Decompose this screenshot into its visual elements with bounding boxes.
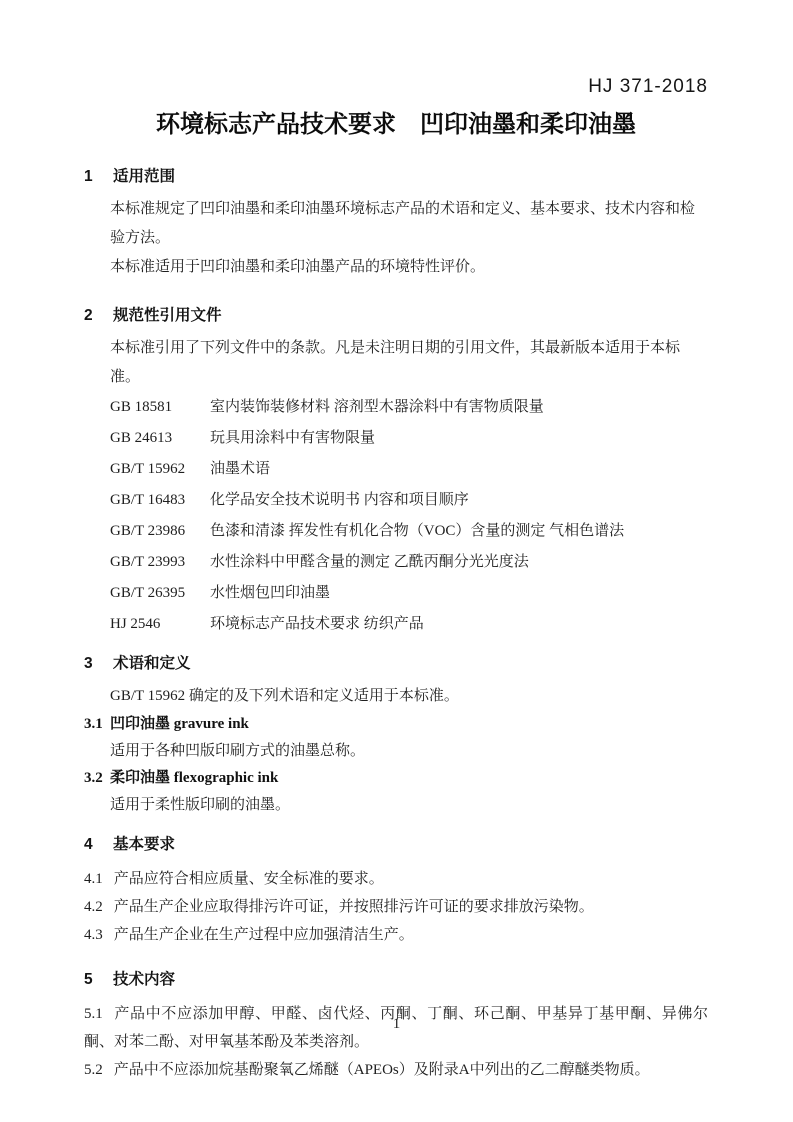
reference-code: GB 18581 bbox=[110, 392, 210, 423]
term-number: 3.1 bbox=[84, 711, 110, 738]
reference-code: GB/T 23986 bbox=[110, 516, 210, 547]
clause-text: 产品中不应添加烷基酚聚氧乙烯醚（APEOs）及附录A中列出的乙二醇醚类物质。 bbox=[114, 1062, 650, 1078]
reference-title: 玩具用涂料中有害物限量 bbox=[210, 423, 708, 454]
section-3-number: 3 bbox=[84, 653, 113, 674]
document-page: HJ 371-2018 环境标志产品技术要求 凹印油墨和柔印油墨 1 适用范围 … bbox=[0, 0, 793, 1122]
reference-title: 水性烟包凹印油墨 bbox=[210, 578, 708, 609]
section-2-heading: 2 规范性引用文件 bbox=[84, 305, 708, 326]
reference-row: GB/T 16483 化学品安全技术说明书 内容和项目顺序 bbox=[84, 485, 708, 516]
reference-row: GB 18581 室内装饰装修材料 溶剂型木器涂料中有害物质限量 bbox=[84, 392, 708, 423]
section-1-number: 1 bbox=[84, 166, 113, 187]
section-5-title: 技术内容 bbox=[113, 969, 175, 990]
reference-row: GB/T 23986 色漆和清漆 挥发性有机化合物（VOC）含量的测定 气相色谱… bbox=[84, 516, 708, 547]
clause: 4.3产品生产企业在生产过程中应加强清洁生产。 bbox=[84, 921, 708, 949]
reference-title: 水性涂料中甲醛含量的测定 乙酰丙酮分光光度法 bbox=[210, 547, 708, 578]
section-2-title: 规范性引用文件 bbox=[113, 305, 222, 326]
reference-title: 色漆和清漆 挥发性有机化合物（VOC）含量的测定 气相色谱法 bbox=[210, 516, 708, 547]
term-entry: 3.1 凹印油墨 gravure ink bbox=[84, 711, 708, 738]
clause-number: 4.2 bbox=[84, 899, 103, 915]
clause: 4.2产品生产企业应取得排污许可证，并按照排污许可证的要求排放污染物。 bbox=[84, 893, 708, 921]
reference-code: GB/T 16483 bbox=[110, 485, 210, 516]
reference-row: GB/T 26395 水性烟包凹印油墨 bbox=[84, 578, 708, 609]
reference-code: GB/T 23993 bbox=[110, 547, 210, 578]
clause-text: 产品生产企业在生产过程中应加强清洁生产。 bbox=[114, 927, 414, 943]
clause-number: 4.3 bbox=[84, 927, 103, 943]
reference-row: HJ 2546 环境标志产品技术要求 纺织产品 bbox=[84, 609, 708, 640]
term-definition: 适用于各种凹版印刷方式的油墨总称。 bbox=[84, 738, 708, 765]
clause-number: 5.2 bbox=[84, 1062, 103, 1078]
reference-code: HJ 2546 bbox=[110, 609, 210, 640]
term-entry: 3.2 柔印油墨 flexographic ink bbox=[84, 765, 708, 792]
section-4-heading: 4 基本要求 bbox=[84, 834, 708, 855]
section-1-heading: 1 适用范围 bbox=[84, 166, 708, 187]
clause-number: 4.1 bbox=[84, 871, 103, 887]
section-2-intro: 本标准引用了下列文件中的条款。凡是未注明日期的引用文件，其最新版本适用于本标准。 bbox=[84, 334, 708, 392]
section-1-title: 适用范围 bbox=[113, 166, 175, 187]
standard-code: HJ 371-2018 bbox=[84, 76, 708, 98]
clause-text: 产品应符合相应质量、安全标准的要求。 bbox=[114, 871, 384, 887]
clause: 4.1产品应符合相应质量、安全标准的要求。 bbox=[84, 865, 708, 893]
reference-title: 油墨术语 bbox=[210, 454, 708, 485]
reference-title: 室内装饰装修材料 溶剂型木器涂料中有害物质限量 bbox=[210, 392, 708, 423]
section-1-paragraph: 本标准适用于凹印油墨和柔印油墨产品的环境特性评价。 bbox=[84, 253, 708, 282]
section-5-number: 5 bbox=[84, 969, 113, 990]
clause: 5.2产品中不应添加烷基酚聚氧乙烯醚（APEOs）及附录A中列出的乙二醇醚类物质… bbox=[84, 1056, 708, 1084]
section-5-heading: 5 技术内容 bbox=[84, 969, 708, 990]
section-3-intro: GB/T 15962 确定的及下列术语和定义适用于本标准。 bbox=[84, 682, 708, 711]
section-4-number: 4 bbox=[84, 834, 113, 855]
section-3-title: 术语和定义 bbox=[113, 653, 191, 674]
reference-title: 化学品安全技术说明书 内容和项目顺序 bbox=[210, 485, 708, 516]
reference-code: GB/T 15962 bbox=[110, 454, 210, 485]
reference-code: GB/T 26395 bbox=[110, 578, 210, 609]
reference-code: GB 24613 bbox=[110, 423, 210, 454]
reference-row: GB/T 23993 水性涂料中甲醛含量的测定 乙酰丙酮分光光度法 bbox=[84, 547, 708, 578]
section-3-heading: 3 术语和定义 bbox=[84, 653, 708, 674]
reference-title: 环境标志产品技术要求 纺织产品 bbox=[210, 609, 708, 640]
document-title: 环境标志产品技术要求 凹印油墨和柔印油墨 bbox=[84, 110, 708, 140]
term-number: 3.2 bbox=[84, 765, 110, 792]
term-name: 柔印油墨 flexographic ink bbox=[110, 765, 278, 792]
clause-text: 产品生产企业应取得排污许可证，并按照排污许可证的要求排放污染物。 bbox=[114, 899, 594, 915]
section-4-title: 基本要求 bbox=[113, 834, 175, 855]
term-name: 凹印油墨 gravure ink bbox=[110, 711, 249, 738]
section-2-number: 2 bbox=[84, 305, 113, 326]
reference-row: GB/T 15962 油墨术语 bbox=[84, 454, 708, 485]
reference-row: GB 24613 玩具用涂料中有害物限量 bbox=[84, 423, 708, 454]
term-definition: 适用于柔性版印刷的油墨。 bbox=[84, 792, 708, 819]
section-1-paragraph: 本标准规定了凹印油墨和柔印油墨环境标志产品的术语和定义、基本要求、技术内容和检验… bbox=[84, 195, 708, 253]
page-number: 1 bbox=[0, 1016, 793, 1033]
